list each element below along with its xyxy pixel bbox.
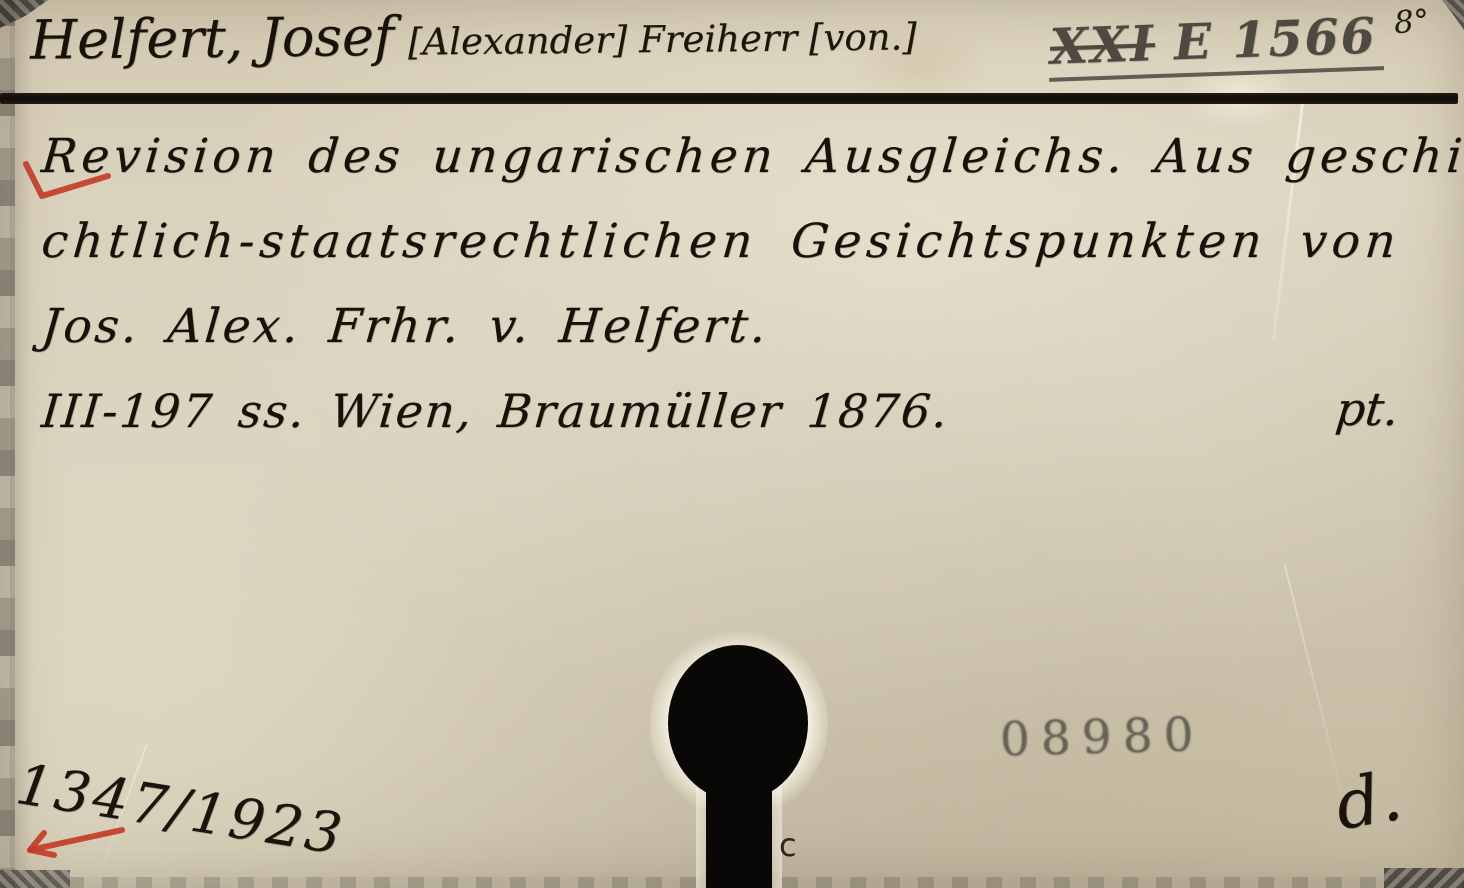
header-separator-rule <box>0 93 1458 104</box>
rod-punch-slot <box>706 778 772 888</box>
author-name: Helfert, Josef <box>30 5 395 72</box>
imprint-line: III-197 ss. Wien, Braumüller 1876. <box>38 369 1445 454</box>
catalog-card: Helfert, Josef [Alexander] Freiherr [von… <box>0 0 1464 888</box>
print-letter-mark: c <box>779 826 797 864</box>
shelfmark-crossed-out: XXI <box>1049 14 1156 76</box>
scan-corner-bottom-right <box>1384 868 1464 888</box>
author-name-addition: [Alexander] Freiherr [von.] <box>408 15 917 63</box>
scan-corner-top-right <box>1438 0 1464 30</box>
author-statement-line: Jos. Alex. Frhr. v. Helfert. <box>38 284 1445 369</box>
shelfmark-number: E 1566 <box>1173 6 1378 71</box>
title-line-2: chtlich-staatsrechtlichen Gesichtspunkte… <box>38 199 1445 284</box>
shelfmark: XXI E 1566 <box>1047 6 1384 82</box>
stamp-number: 08980 <box>999 707 1205 767</box>
author-heading: Helfert, Josef [Alexander] Freiherr [von… <box>30 0 917 72</box>
bibliographic-entry: Revision des ungarischen Ausgleichs. Aus… <box>38 114 1438 454</box>
librarian-initial: d. <box>1330 757 1408 846</box>
red-checkmark-icon <box>22 156 114 206</box>
binding-note: pt. <box>1333 382 1401 436</box>
scan-corner-bottom-left <box>0 870 70 888</box>
title-line-1: Revision des ungarischen Ausgleichs. Aus… <box>38 114 1445 199</box>
book-format-mark: 8° <box>1393 3 1431 41</box>
